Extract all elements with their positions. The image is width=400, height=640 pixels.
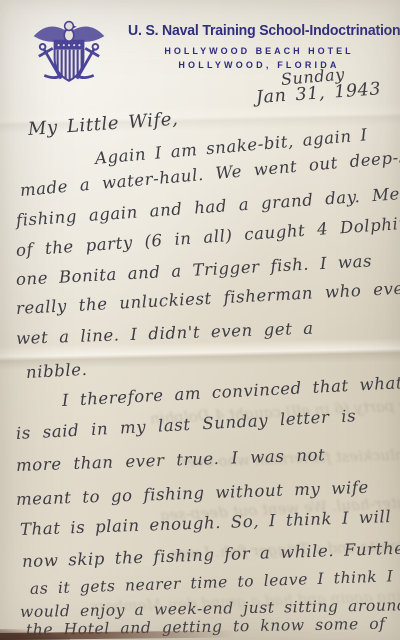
letterhead-school-name: U. S. Naval Training School-Indoctrinati… (128, 23, 390, 39)
letterhead-hotel-location: HOLLYWOOD, FLORIDA (124, 60, 394, 70)
letterhead-hotel-name: HOLLYWOOD BEACH HOTEL (124, 46, 394, 56)
handwritten-line: nibble. (26, 360, 88, 382)
handwritten-line: now skip the fishing for a while. Furthe… (22, 537, 400, 571)
letterhead: U. S. Naval Training School-Indoctrinati… (124, 23, 394, 70)
letter-page: of the party (6 in all) caught 4 Dolphin… (0, 0, 400, 640)
eagle-icon (35, 22, 104, 42)
paper-bottom-corner-shadow (0, 629, 70, 640)
handwritten-line: more than ever true. I was not (16, 445, 326, 475)
navy-eagle-shield-anchors-emblem (28, 12, 110, 100)
